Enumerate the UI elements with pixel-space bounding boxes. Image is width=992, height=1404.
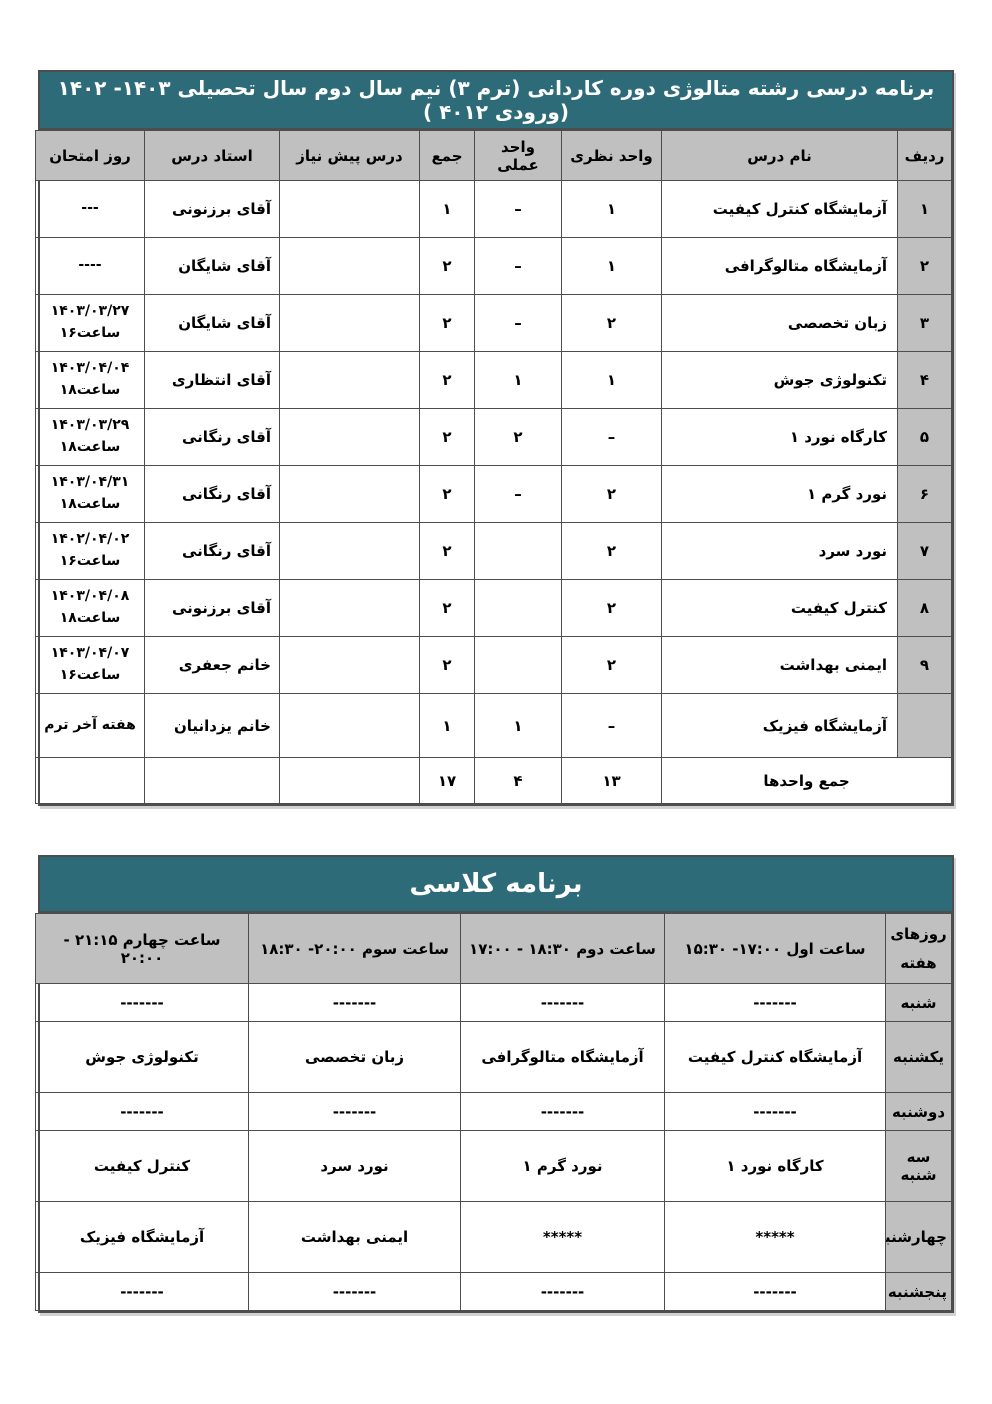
exam-date: ۱۴۰۳/۰۴/۰۸ [40, 586, 140, 608]
instructor-cell: آقای رنگانی [145, 466, 280, 523]
total-units-cell: ۲ [420, 295, 475, 352]
course-row: ۶ نورد گرم ۱ ۲ – ۲ آقای رنگانی ۱۴۰۳/۰۴/۳… [36, 466, 952, 523]
day-name-cell: دوشنبه [886, 1093, 952, 1131]
slot-cell: آزمایشگاه فیزیک [36, 1202, 249, 1273]
exam-date: ۱۴۰۳/۰۳/۲۹ [40, 415, 140, 437]
class-schedule-title: برنامه کلاسی [40, 857, 952, 913]
row-number-cell: ۳ [898, 295, 952, 352]
empty-cell [36, 758, 145, 804]
course-name-cell: کنترل کیفیت [662, 580, 898, 637]
prerequisite-cell [280, 181, 420, 238]
practical-units-cell: – [475, 238, 562, 295]
theory-units-cell: ۲ [562, 637, 662, 694]
header-period-1: ساعت اول ۱۷:۰۰- ۱۵:۳۰ [665, 914, 886, 984]
course-row: آزمایشگاه فیزیک – ۱ ۱ خانم یزدانیان هفته… [36, 694, 952, 758]
theory-units-cell: ۱ [562, 181, 662, 238]
row-number-cell: ۴ [898, 352, 952, 409]
course-name-cell: نورد گرم ۱ [662, 466, 898, 523]
row-number-cell: ۲ [898, 238, 952, 295]
exam-date: ۱۴۰۳/۰۳/۲۷ [40, 301, 140, 323]
total-units-cell: ۱ [420, 694, 475, 758]
total-units-cell: ۲ [420, 352, 475, 409]
course-row: ۲ آزمایشگاه متالوگرافی ۱ – ۲ آقای شایگان… [36, 238, 952, 295]
instructor-cell: آقای شایگان [145, 295, 280, 352]
header-prerequisite: درس پیش نیاز [280, 131, 420, 181]
day-name-cell: شنبه [886, 984, 952, 1022]
slot-cell: ------- [249, 1273, 461, 1311]
instructor-cell: آقای برزنونی [145, 580, 280, 637]
practical-units-cell: – [475, 466, 562, 523]
practical-units-cell: ۱ [475, 352, 562, 409]
row-number-cell: ۵ [898, 409, 952, 466]
total-units-cell: ۲ [420, 238, 475, 295]
row-number-cell: ۶ [898, 466, 952, 523]
exam-date: ۱۴۰۳/۰۴/۰۷ [40, 643, 140, 665]
exam-day-cell: ۱۴۰۳/۰۴/۳۱ ساعت۱۸ [36, 466, 145, 523]
day-row: یکشنبه آزمایشگاه کنترل کیفیت آزمایشگاه م… [36, 1022, 952, 1093]
header-practical-units: واحد عملی [475, 131, 562, 181]
slot-cell: ------- [461, 1093, 665, 1131]
class-schedule-section: برنامه کلاسی روزهای هفته ساعت اول ۱۷:۰۰-… [38, 855, 954, 1313]
header-instructor: استاد درس [145, 131, 280, 181]
slot-cell: ------- [461, 1273, 665, 1311]
slot-cell: زبان تخصصی [249, 1022, 461, 1093]
slot-cell: آزمایشگاه کنترل کیفیت [665, 1022, 886, 1093]
course-name-cell: نورد سرد [662, 523, 898, 580]
practical-units-cell [475, 523, 562, 580]
total-practical-cell: ۴ [475, 758, 562, 804]
exam-time: ساعت۱۸ [40, 380, 140, 402]
course-name-cell: آزمایشگاه متالوگرافی [662, 238, 898, 295]
header-period-2: ساعت دوم ۱۸:۳۰ - ۱۷:۰۰ [461, 914, 665, 984]
practical-units-cell: ۲ [475, 409, 562, 466]
practical-units-cell: – [475, 181, 562, 238]
practical-units-cell: ۱ [475, 694, 562, 758]
slot-cell: کارگاه نورد ۱ [665, 1131, 886, 1202]
schedule-document: برنامه درسی رشته متالوژی دوره کاردانی (ت… [0, 0, 992, 1404]
slot-cell: کنترل کیفیت [36, 1131, 249, 1202]
exam-day-cell: هفته آخر ترم [36, 694, 145, 758]
class-table-header-row: روزهای هفته ساعت اول ۱۷:۰۰- ۱۵:۳۰ ساعت د… [36, 914, 952, 984]
exam-date: --- [40, 198, 140, 220]
prerequisite-cell [280, 580, 420, 637]
course-row: ۷ نورد سرد ۲ ۲ آقای رنگانی ۱۴۰۲/۰۴/۰۲ سا… [36, 523, 952, 580]
day-name-cell: پنجشنبه [886, 1273, 952, 1311]
total-units-cell: ۱ [420, 181, 475, 238]
day-row: سه شنبه کارگاه نورد ۱ نورد گرم ۱ نورد سر… [36, 1131, 952, 1202]
prerequisite-cell [280, 295, 420, 352]
day-name-cell: چهارشنبه [886, 1202, 952, 1273]
course-table-title: برنامه درسی رشته متالوژی دوره کاردانی (ت… [40, 72, 952, 130]
course-table-header-row: ردیف نام درس واحد نظری واحد عملی جمع درس… [36, 131, 952, 181]
day-name-cell: سه شنبه [886, 1131, 952, 1202]
header-period-3: ساعت سوم ۲۰:۰۰- ۱۸:۳۰ [249, 914, 461, 984]
slot-cell: تکنولوژی جوش [36, 1022, 249, 1093]
prerequisite-cell [280, 523, 420, 580]
slot-cell: ------- [36, 1093, 249, 1131]
instructor-cell: آقای انتظاری [145, 352, 280, 409]
header-total-units: جمع [420, 131, 475, 181]
course-name-cell: زبان تخصصی [662, 295, 898, 352]
practical-units-cell: – [475, 295, 562, 352]
exam-day-cell: ۱۴۰۳/۰۴/۰۴ ساعت۱۸ [36, 352, 145, 409]
slot-cell: نورد سرد [249, 1131, 461, 1202]
exam-date: ---- [40, 255, 140, 277]
exam-day-cell: ۱۴۰۳/۰۴/۰۸ ساعت۱۸ [36, 580, 145, 637]
exam-day-cell: --- [36, 181, 145, 238]
exam-time: ساعت۱۸ [40, 608, 140, 630]
exam-time: ساعت۱۸ [40, 437, 140, 459]
slot-cell: ------- [249, 1093, 461, 1131]
theory-units-cell: ۲ [562, 523, 662, 580]
exam-day-cell: ۱۴۰۲/۰۴/۰۲ ساعت۱۶ [36, 523, 145, 580]
course-name-cell: آزمایشگاه فیزیک [662, 694, 898, 758]
exam-time: ساعت۱۶ [40, 323, 140, 345]
total-sum-cell: ۱۷ [420, 758, 475, 804]
slot-cell: آزمایشگاه متالوگرافی [461, 1022, 665, 1093]
slot-cell: ------- [249, 984, 461, 1022]
slot-cell: ------- [665, 984, 886, 1022]
exam-day-cell: ۱۴۰۳/۰۳/۲۷ ساعت۱۶ [36, 295, 145, 352]
empty-cell [145, 758, 280, 804]
day-name-cell: یکشنبه [886, 1022, 952, 1093]
exam-day-cell: ۱۴۰۳/۰۴/۰۷ ساعت۱۶ [36, 637, 145, 694]
row-number-cell: ۹ [898, 637, 952, 694]
day-row: چهارشنبه ***** ***** ایمنی بهداشت آزمایش… [36, 1202, 952, 1273]
total-units-cell: ۲ [420, 580, 475, 637]
total-units-label-cell: جمع واحدها [662, 758, 952, 804]
total-units-row: جمع واحدها ۱۳ ۴ ۱۷ [36, 758, 952, 804]
course-row: ۱ آزمایشگاه کنترل کیفیت ۱ – ۱ آقای برزنو… [36, 181, 952, 238]
header-theory-units: واحد نظری [562, 131, 662, 181]
empty-cell [280, 758, 420, 804]
exam-date: ۱۴۰۲/۰۴/۰۲ [40, 529, 140, 551]
slot-cell: ------- [461, 984, 665, 1022]
total-units-cell: ۲ [420, 523, 475, 580]
day-row: دوشنبه ------- ------- ------- ------- [36, 1093, 952, 1131]
exam-date: ۱۴۰۳/۰۴/۰۴ [40, 358, 140, 380]
slot-cell: ------- [36, 984, 249, 1022]
instructor-cell: آقای رنگانی [145, 409, 280, 466]
header-week-days: روزهای هفته [886, 914, 952, 984]
header-row-number: ردیف [898, 131, 952, 181]
theory-units-cell: ۲ [562, 466, 662, 523]
exam-time: ساعت۱۶ [40, 665, 140, 687]
exam-date: ۱۴۰۳/۰۴/۳۱ [40, 472, 140, 494]
total-units-cell: ۲ [420, 409, 475, 466]
day-row: شنبه ------- ------- ------- ------- [36, 984, 952, 1022]
row-number-cell: ۱ [898, 181, 952, 238]
prerequisite-cell [280, 694, 420, 758]
prerequisite-cell [280, 238, 420, 295]
prerequisite-cell [280, 637, 420, 694]
theory-units-cell: ۱ [562, 238, 662, 295]
theory-units-cell: – [562, 694, 662, 758]
class-schedule-table: روزهای هفته ساعت اول ۱۷:۰۰- ۱۵:۳۰ ساعت د… [35, 913, 952, 1311]
slot-cell: ------- [665, 1273, 886, 1311]
row-number-cell: ۷ [898, 523, 952, 580]
theory-units-cell: ۲ [562, 295, 662, 352]
instructor-cell: آقای رنگانی [145, 523, 280, 580]
course-row: ۴ تکنولوژی جوش ۱ ۱ ۲ آقای انتظاری ۱۴۰۳/۰… [36, 352, 952, 409]
total-units-cell: ۲ [420, 637, 475, 694]
instructor-cell: آقای شایگان [145, 238, 280, 295]
exam-day-cell: ---- [36, 238, 145, 295]
slot-cell: ***** [461, 1202, 665, 1273]
instructor-cell: خانم یزدانیان [145, 694, 280, 758]
course-row: ۵ کارگاه نورد ۱ – ۲ ۲ آقای رنگانی ۱۴۰۳/۰… [36, 409, 952, 466]
slot-cell: نورد گرم ۱ [461, 1131, 665, 1202]
slot-cell: ***** [665, 1202, 886, 1273]
course-name-cell: کارگاه نورد ۱ [662, 409, 898, 466]
course-name-cell: تکنولوژی جوش [662, 352, 898, 409]
instructor-cell: آقای برزنونی [145, 181, 280, 238]
exam-time: ساعت۱۶ [40, 551, 140, 573]
theory-units-cell: ۲ [562, 580, 662, 637]
slot-cell: ------- [36, 1273, 249, 1311]
prerequisite-cell [280, 409, 420, 466]
course-table-section: برنامه درسی رشته متالوژی دوره کاردانی (ت… [38, 70, 954, 806]
prerequisite-cell [280, 466, 420, 523]
practical-units-cell [475, 637, 562, 694]
course-table: ردیف نام درس واحد نظری واحد عملی جمع درس… [35, 130, 952, 804]
instructor-cell: خانم جعفری [145, 637, 280, 694]
course-row: ۳ زبان تخصصی ۲ – ۲ آقای شایگان ۱۴۰۳/۰۳/۲… [36, 295, 952, 352]
day-row: پنجشنبه ------- ------- ------- ------- [36, 1273, 952, 1311]
theory-units-cell: – [562, 409, 662, 466]
total-theory-cell: ۱۳ [562, 758, 662, 804]
row-number-cell: ۸ [898, 580, 952, 637]
total-units-cell: ۲ [420, 466, 475, 523]
exam-time: ساعت۱۸ [40, 494, 140, 516]
slot-cell: ------- [665, 1093, 886, 1131]
header-exam-day: روز امتحان [36, 131, 145, 181]
exam-day-cell: ۱۴۰۳/۰۳/۲۹ ساعت۱۸ [36, 409, 145, 466]
course-row: ۸ کنترل کیفیت ۲ ۲ آقای برزنونی ۱۴۰۳/۰۴/۰… [36, 580, 952, 637]
header-course-name: نام درس [662, 131, 898, 181]
course-name-cell: آزمایشگاه کنترل کیفیت [662, 181, 898, 238]
exam-date: هفته آخر ترم [40, 715, 140, 737]
theory-units-cell: ۱ [562, 352, 662, 409]
course-row: ۹ ایمنی بهداشت ۲ ۲ خانم جعفری ۱۴۰۳/۰۴/۰۷… [36, 637, 952, 694]
row-number-cell [898, 694, 952, 758]
header-period-4: ساعت چهارم ۲۱:۱۵ - ۲۰:۰۰ [36, 914, 249, 984]
prerequisite-cell [280, 352, 420, 409]
course-name-cell: ایمنی بهداشت [662, 637, 898, 694]
practical-units-cell [475, 580, 562, 637]
slot-cell: ایمنی بهداشت [249, 1202, 461, 1273]
